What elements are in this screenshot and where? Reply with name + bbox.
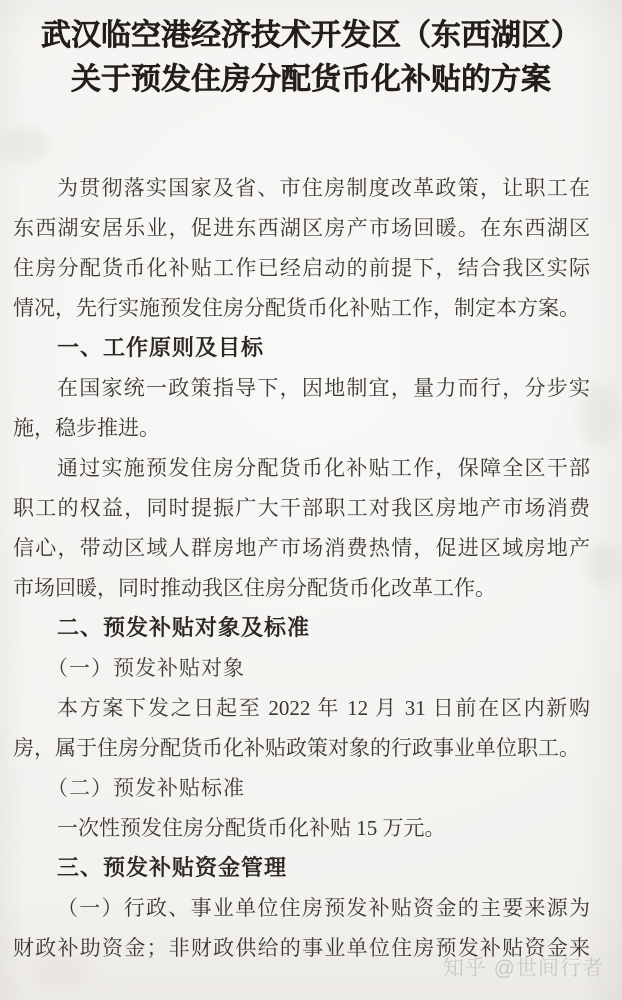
body-line: 为贯彻落实国家及省、市住房制度改革政策，让职工在 [13,168,590,208]
zhihu-watermark: 知乎 @世间行者 [443,956,604,982]
document-body: 为贯彻落实国家及省、市住房制度改革政策，让职工在东西湖安居乐业，促进东西湖区房产… [13,168,590,968]
section-heading: 二、预发补贴对象及标准 [13,608,590,648]
body-line: 职工的权益，同时提振广大干部职工对我区房地产市场消费 [13,488,590,528]
section-heading: 一、工作原则及目标 [13,328,590,368]
body-line: 市场回暖，同时推动我区住房分配货币化改革工作。 [13,568,590,608]
body-line: 情况，先行实施预发住房分配货币化补贴工作，制定本方案。 [13,288,590,328]
body-line: 信心，带动区域人群房地产市场消费热情，促进区域房地产 [13,528,590,568]
body-line: 房，属于住房分配货币化补贴政策对象的行政事业单位职工。 [13,728,590,768]
sub-heading: （二）预发补贴标准 [13,768,590,808]
sub-heading: （一）预发补贴对象 [13,648,590,688]
title-line-1: 武汉临空港经济技术开发区（东西湖区） [0,14,622,58]
body-line: 一次性预发住房分配货币化补贴 15 万元。 [13,808,590,848]
body-line: 通过实施预发住房分配货币化补贴工作，保障全区干部 [13,448,590,488]
body-line: 东西湖安居乐业，促进东西湖区房产市场回暖。在东西湖区 [13,208,590,248]
document-page: 武汉临空港经济技术开发区（东西湖区） 关于预发住房分配货币化补贴的方案 为贯彻落… [0,0,622,1000]
photo-smudge [586,545,620,585]
document-title: 武汉临空港经济技术开发区（东西湖区） 关于预发住房分配货币化补贴的方案 [0,14,622,102]
body-line: 本方案下发之日起至 2022 年 12 月 31 日前在区内新购 [13,688,590,728]
photo-smudge [2,128,48,162]
title-line-2: 关于预发住房分配货币化补贴的方案 [0,58,622,102]
section-heading: 三、预发补贴资金管理 [13,848,590,888]
body-line: （一）行政、事业单位住房预发补贴资金的主要来源为 [13,888,590,928]
body-line: 住房分配货币化补贴工作已经启动的前提下，结合我区实际 [13,248,590,288]
body-line: 在国家统一政策指导下，因地制宜，量力而行，分步实 [13,368,590,408]
body-line: 施，稳步推进。 [13,408,590,448]
